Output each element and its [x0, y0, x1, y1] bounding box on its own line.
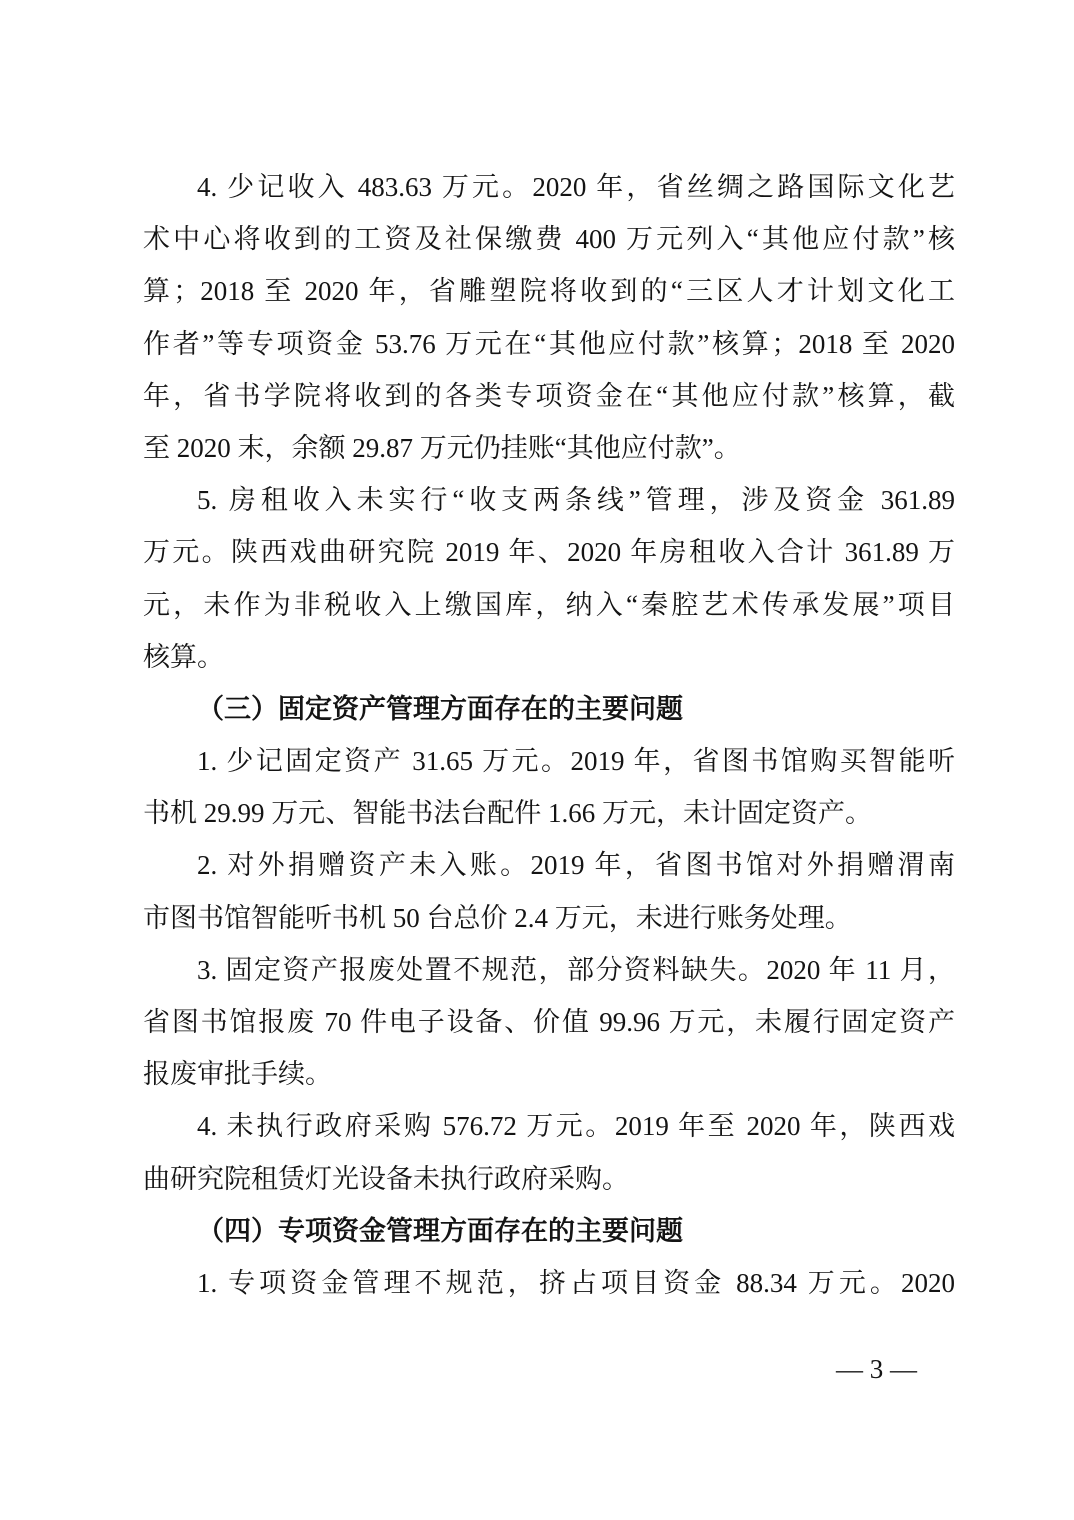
para-item-5-rent-income-line-2: 万元。陕西戏曲研究院 2019 年、2020 年房租收入合计 361.89 万 — [143, 526, 955, 578]
para-item-4-understated-revenue-line-2: 术中心将收到的工资及社保缴费 400 万元列入“其他应付款”核 — [143, 213, 955, 265]
para-item-4-understated-revenue-line-4: 作者”等专项资金 53.76 万元在“其他应付款”核算；2018 至 2020 — [143, 318, 955, 370]
document-page: 4. 少记收入 483.63 万元。2020 年，省丝绸之路国际文化艺术中心将收… — [0, 0, 1074, 1520]
para-item-5-rent-income-line-1: 5. 房租收入未实行“收支两条线”管理，涉及资金 361.89 — [143, 474, 955, 526]
para-fixed-assets-item-4-line-2: 曲研究院租赁灯光设备未执行政府采购。 — [143, 1153, 955, 1205]
para-fixed-assets-item-2-line-1: 2. 对外捐赠资产未入账。2019 年，省图书馆对外捐赠渭南 — [143, 839, 955, 891]
heading-section-3-fixed-assets-line-1: （三）固定资产管理方面存在的主要问题 — [143, 683, 955, 735]
para-fixed-assets-item-3-line-1: 3. 固定资产报废处置不规范，部分资料缺失。2020 年 11 月， — [143, 944, 955, 996]
para-item-4-understated-revenue-line-5: 年，省书学院将收到的各类专项资金在“其他应付款”核算，截 — [143, 370, 955, 422]
heading-section-4-special-funds-line-1: （四）专项资金管理方面存在的主要问题 — [143, 1205, 955, 1257]
para-item-5-rent-income-line-4: 核算。 — [143, 631, 955, 683]
para-fixed-assets-item-3-line-2: 省图书馆报废 70 件电子设备、价值 99.96 万元，未履行固定资产 — [143, 996, 955, 1048]
para-item-4-understated-revenue-line-3: 算；2018 至 2020 年，省雕塑院将收到的“三区人才计划文化工 — [143, 265, 955, 317]
para-fixed-assets-item-1-line-2: 书机 29.99 万元、智能书法台配件 1.66 万元，未计固定资产。 — [143, 787, 955, 839]
para-fixed-assets-item-4-line-1: 4. 未执行政府采购 576.72 万元。2019 年至 2020 年，陕西戏 — [143, 1100, 955, 1152]
para-fixed-assets-item-2-line-2: 市图书馆智能听书机 50 台总价 2.4 万元，未进行账务处理。 — [143, 892, 955, 944]
para-item-4-understated-revenue-line-6: 至 2020 末，余额 29.87 万元仍挂账“其他应付款”。 — [143, 422, 955, 474]
para-item-5-rent-income-line-3: 元，未作为非税收入上缴国库，纳入“秦腔艺术传承发展”项目 — [143, 579, 955, 631]
document-body: 4. 少记收入 483.63 万元。2020 年，省丝绸之路国际文化艺术中心将收… — [143, 161, 955, 1309]
para-fixed-assets-item-3-line-3: 报废审批手续。 — [143, 1048, 955, 1100]
para-fixed-assets-item-1-line-1: 1. 少记固定资产 31.65 万元。2019 年，省图书馆购买智能听 — [143, 735, 955, 787]
page-number: — 3 — — [836, 1354, 917, 1384]
para-special-funds-item-1-line-1: 1. 专项资金管理不规范，挤占项目资金 88.34 万元。2020 — [143, 1257, 955, 1309]
para-item-4-understated-revenue-line-1: 4. 少记收入 483.63 万元。2020 年，省丝绸之路国际文化艺 — [143, 161, 955, 213]
